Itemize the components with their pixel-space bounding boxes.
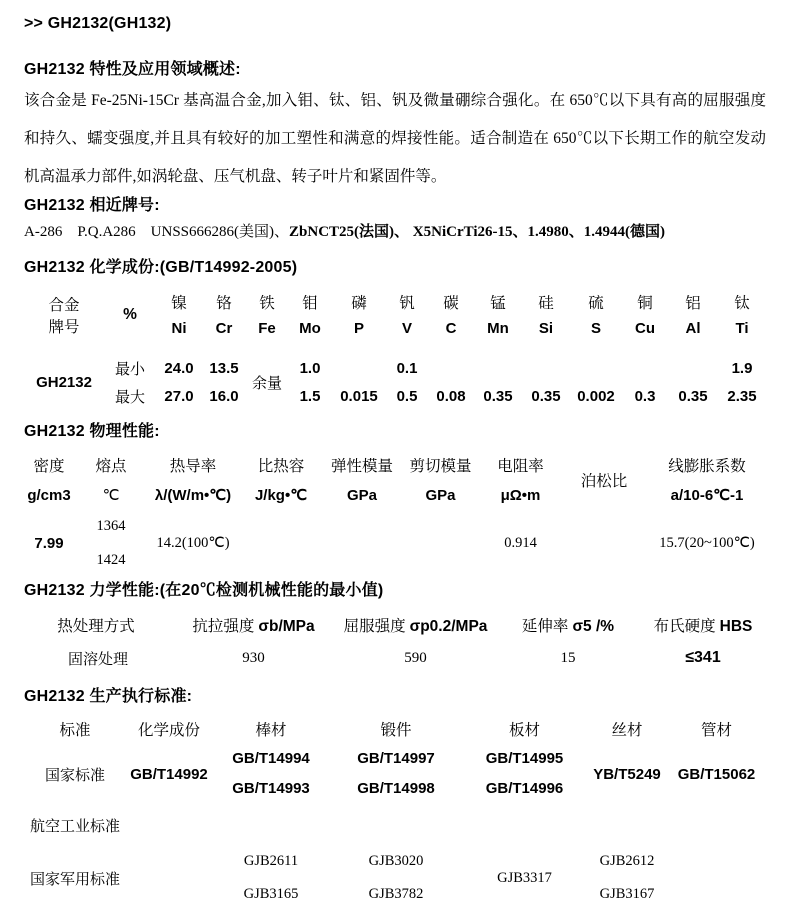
phys-header: 比热容: [238, 450, 324, 480]
std-cell: GB/T14997 GB/T14998: [330, 743, 462, 805]
std-cell-line: GB/T14995: [462, 744, 587, 774]
chem-element-sym: Ti: [718, 315, 766, 342]
phys-melting-gap: [74, 535, 148, 552]
std-header: 管材: [667, 715, 766, 743]
similar-grades-line: A-286 P.Q.A286 UNSS666286(美国)、ZbNCT25(法国…: [24, 222, 766, 242]
mech-header: 布氏硬度HBS: [640, 611, 766, 639]
mech-header-sym: σp0.2/MPa: [410, 618, 488, 635]
chem-element-sym: Mo: [288, 315, 332, 342]
chem-value-max: 0.002: [570, 382, 622, 410]
page: >> GH2132(GH132) GH2132 特性及应用领域概述: 该合金是 …: [0, 0, 790, 911]
phys-header: 剪切模量: [400, 450, 481, 480]
mech-header-cn: 热处理方式: [57, 618, 135, 635]
phys-unit: μΩ•m: [481, 480, 560, 510]
physical-table: 密度 熔点 热导率 比热容 弹性模量 剪切模量 电阻率 泊松比 线膨胀系数 g/…: [24, 450, 766, 569]
std-header: 板材: [462, 715, 587, 743]
phys-density-value: 7.99: [24, 518, 74, 569]
std-cell-line: GJB3165: [212, 878, 330, 911]
std-cell-line: GJB2612: [587, 845, 667, 878]
std-cell-line: GB/T14994: [212, 744, 330, 774]
std-cell: [667, 805, 766, 845]
chem-value-min: [570, 354, 622, 382]
mech-yield-value: 590: [335, 639, 496, 677]
std-cell-line: GB/T14997: [330, 744, 462, 774]
page-title: >> GH2132(GH132): [24, 14, 766, 34]
chem-element-sym: Ni: [156, 315, 202, 342]
chem-value-min: [668, 354, 718, 382]
std-cell: [587, 805, 667, 845]
chem-value-max: 0.3: [622, 382, 668, 410]
phys-poisson-value: [560, 518, 648, 569]
chem-element-sym: Fe: [246, 315, 288, 342]
mech-header-sym: σb/MPa: [258, 618, 314, 635]
chem-header-grade: 合金 牌号: [24, 288, 104, 342]
standards-heading: GH2132 生产执行标准:: [24, 687, 766, 707]
std-cell: GB/T14994 GB/T14993: [212, 743, 330, 805]
chem-value-min: [522, 354, 570, 382]
phys-unit: ℃: [74, 480, 148, 510]
mech-tensile-value: 930: [172, 639, 335, 677]
chemistry-heading: GH2132 化学成份:(GB/T14992-2005): [24, 258, 766, 278]
phys-melting-low: 1424: [74, 552, 148, 569]
std-cell: GJB2611 GJB3165: [212, 845, 330, 911]
std-cell-line: GB/T14998: [330, 774, 462, 804]
chem-value-min: 1.0: [288, 354, 332, 382]
phys-header: 密度: [24, 450, 74, 480]
chem-element-sym: Al: [668, 315, 718, 342]
chem-balance-value: 余量: [246, 354, 288, 410]
std-cell-line: GJB2611: [212, 845, 330, 878]
std-cell: [330, 805, 462, 845]
std-cell: GB/T14995 GB/T14996: [462, 743, 587, 805]
std-cell: [126, 845, 212, 911]
mech-hardness-value: ≤341: [640, 639, 766, 677]
chem-element-cn: 钛: [718, 288, 766, 315]
chem-element-cn: 碳: [428, 288, 474, 315]
chem-header-percent: %: [104, 288, 156, 342]
chem-value-max: 16.0: [202, 382, 246, 410]
chem-value-max: 0.35: [522, 382, 570, 410]
std-cell-line: GB/T14993: [212, 774, 330, 804]
std-row-label: 国家军用标准: [24, 845, 126, 911]
spacer-row: [24, 510, 766, 518]
chem-element-cn: 硅: [522, 288, 570, 315]
mech-header-sym: HBS: [720, 618, 753, 635]
chem-value-max: 0.08: [428, 382, 474, 410]
mech-header-sym: σ5 /%: [572, 618, 614, 635]
chem-element-sym: Cr: [202, 315, 246, 342]
std-cell: [462, 805, 587, 845]
phys-conductivity-value: 14.2(100℃): [148, 518, 238, 569]
chem-element-sym: V: [386, 315, 428, 342]
mech-header-cn: 延伸率: [522, 618, 569, 635]
chem-min-label: 最小: [104, 354, 156, 382]
std-cell-line: GJB3020: [330, 845, 462, 878]
std-cell: GB/T15062: [667, 743, 766, 805]
chem-value-min: 0.1: [386, 354, 428, 382]
std-cell: YB/T5249: [587, 743, 667, 805]
mech-elongation-value: 15: [496, 639, 640, 677]
similar-grades-part1: A-286 P.Q.A286 UNSS666286(美国)、: [24, 224, 289, 240]
chem-element-cn: 铜: [622, 288, 668, 315]
chem-element-cn: 钒: [386, 288, 428, 315]
mech-header: 热处理方式: [24, 611, 172, 639]
chem-element-cn: 锰: [474, 288, 522, 315]
phys-header-poisson: 泊松比: [560, 450, 648, 510]
std-cell-line: GB/T14996: [462, 774, 587, 804]
chem-value-max: 0.35: [668, 382, 718, 410]
phys-shear-value: [400, 518, 481, 569]
std-cell: GJB2612 GJB3167: [587, 845, 667, 911]
chem-value-min: 1.9: [718, 354, 766, 382]
phys-header: 熔点: [74, 450, 148, 480]
chem-value-min: [332, 354, 386, 382]
chem-value-min: [474, 354, 522, 382]
table-row: 国家标准 GB/T14992 GB/T14994 GB/T14993 GB/T1…: [24, 743, 766, 805]
chem-value-min: 24.0: [156, 354, 202, 382]
chem-value-max: 0.015: [332, 382, 386, 410]
mechanical-table: 热处理方式 抗拉强度σb/MPa 屈服强度σp0.2/MPa 延伸率σ5 /% …: [24, 611, 766, 677]
phys-unit: g/cm3: [24, 480, 74, 510]
table-row: 国家军用标准 GJB2611 GJB3165 GJB3020 GJB3782 G…: [24, 845, 766, 911]
chem-value-min: [622, 354, 668, 382]
chem-element-sym: Mn: [474, 315, 522, 342]
std-cell: GB/T14992: [126, 743, 212, 805]
chem-value-min: 13.5: [202, 354, 246, 382]
std-row-label: 国家标准: [24, 743, 126, 805]
mech-header: 延伸率σ5 /%: [496, 611, 640, 639]
phys-specific-heat-value: [238, 518, 324, 569]
chem-element-sym: Si: [522, 315, 570, 342]
std-header: 棒材: [212, 715, 330, 743]
chemistry-table: 合金 牌号 % 镍 铬 铁 钼 磷 钒 碳 锰 硅 硫 铜 铝 钛 Ni Cr …: [24, 288, 766, 410]
std-cell: GJB3020 GJB3782: [330, 845, 462, 911]
chem-value-max: 2.35: [718, 382, 766, 410]
chem-element-cn: 铁: [246, 288, 288, 315]
phys-header: 电阻率: [481, 450, 560, 480]
std-cell: [126, 805, 212, 845]
std-cell: [212, 805, 330, 845]
mech-header-cn: 抗拉强度: [192, 618, 254, 635]
chem-element-cn: 硫: [570, 288, 622, 315]
chem-element-cn: 镍: [156, 288, 202, 315]
chem-element-sym: Cu: [622, 315, 668, 342]
overview-paragraph: 该合金是 Fe-25Ni-15Cr 基高温合金,加入钼、钛、铝、钒及微量硼综合强…: [24, 82, 766, 196]
chem-grade-value: GH2132: [24, 354, 104, 410]
mech-header: 屈服强度σp0.2/MPa: [335, 611, 496, 639]
phys-unit: J/kg•℃: [238, 480, 324, 510]
mech-heat-treatment: 固溶处理: [24, 639, 172, 677]
physical-heading: GH2132 物理性能:: [24, 422, 766, 442]
std-cell-line: GJB3782: [330, 878, 462, 911]
spacer-row: [24, 342, 766, 354]
overview-heading: GH2132 特性及应用领域概述:: [24, 60, 766, 80]
phys-unit: GPa: [400, 480, 481, 510]
phys-melting-high: 1364: [74, 518, 148, 535]
chem-element-cn: 磷: [332, 288, 386, 315]
mechanical-heading: GH2132 力学性能:(在20℃检测机械性能的最小值): [24, 581, 766, 601]
similar-grades-heading: GH2132 相近牌号:: [24, 196, 766, 216]
mech-header: 抗拉强度σb/MPa: [172, 611, 335, 639]
chem-value-max: 27.0: [156, 382, 202, 410]
mech-header-cn: 布氏硬度: [654, 618, 716, 635]
std-cell: [667, 845, 766, 911]
phys-unit: GPa: [324, 480, 400, 510]
table-row: 航空工业标准: [24, 805, 766, 845]
chem-value-min: [428, 354, 474, 382]
phys-header: 线膨胀系数: [648, 450, 766, 480]
chem-header-grade-line1: 合金: [24, 293, 104, 315]
phys-header: 热导率: [148, 450, 238, 480]
std-header: 化学成份: [126, 715, 212, 743]
std-header: 丝材: [587, 715, 667, 743]
std-header: 锻件: [330, 715, 462, 743]
chem-value-max: 0.35: [474, 382, 522, 410]
chem-value-max: 0.5: [386, 382, 428, 410]
standards-table: 标准 化学成份 棒材 锻件 板材 丝材 管材 国家标准 GB/T14992 GB…: [24, 715, 766, 911]
std-cell: GJB3317: [462, 845, 587, 911]
chem-element-cn: 铬: [202, 288, 246, 315]
chem-element-sym: P: [332, 315, 386, 342]
chem-max-label: 最大: [104, 382, 156, 410]
chem-value-max: 1.5: [288, 382, 332, 410]
chem-element-sym: C: [428, 315, 474, 342]
chem-element-cn: 铝: [668, 288, 718, 315]
phys-header: 弹性模量: [324, 450, 400, 480]
chem-header-grade-line2: 牌号: [24, 315, 104, 337]
std-cell-line: GJB3167: [587, 878, 667, 911]
std-row-label: 航空工业标准: [24, 805, 126, 845]
phys-unit: λ/(W/m•℃): [148, 480, 238, 510]
chem-element-cn: 钼: [288, 288, 332, 315]
similar-grades-part2: ZbNCT25(法国)、 X5NiCrTi26-15、1.4980、1.4944…: [289, 224, 665, 240]
phys-unit: a/10-6℃-1: [648, 480, 766, 510]
std-header: 标准: [24, 715, 126, 743]
mech-header-cn: 屈服强度: [344, 618, 406, 635]
phys-resistivity-value: 0.914: [481, 518, 560, 569]
chem-element-sym: S: [570, 315, 622, 342]
phys-elastic-value: [324, 518, 400, 569]
phys-expansion-value: 15.7(20~100℃): [648, 518, 766, 569]
